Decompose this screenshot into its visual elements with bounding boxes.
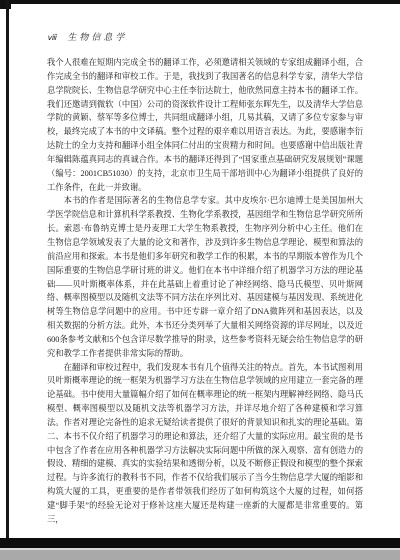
- paragraph-2: 本书的作者是国际著名的生物信息学专家。其中皮埃尔·巴尔迪博士是美国加州大学医学院…: [47, 194, 363, 360]
- page-body-text: 我个人很难在短期内完成全书的翻译工作，必须邀请相关领域的专家组成翻译小组，合作完…: [47, 56, 363, 527]
- book-title: 生物信息学: [67, 32, 127, 42]
- scan-left-edge: [6, 0, 9, 539]
- scan-top-edge: [0, 0, 400, 4]
- scan-bottom-edge: [0, 538, 400, 548]
- paragraph-1: 我个人很难在短期内完成全书的翻译工作，必须邀请相关领域的专家组成翻译小组，合作完…: [47, 56, 363, 194]
- page-number: ⅷ: [47, 33, 57, 42]
- scan-bed-strip: [0, 550, 400, 560]
- running-head: ⅷ生物信息学: [47, 27, 363, 45]
- paragraph-3: 在翻译和审校过程中，我们发现本书有几个值得关注的特点。首先，本书试图利用贝叶斯概…: [47, 361, 363, 527]
